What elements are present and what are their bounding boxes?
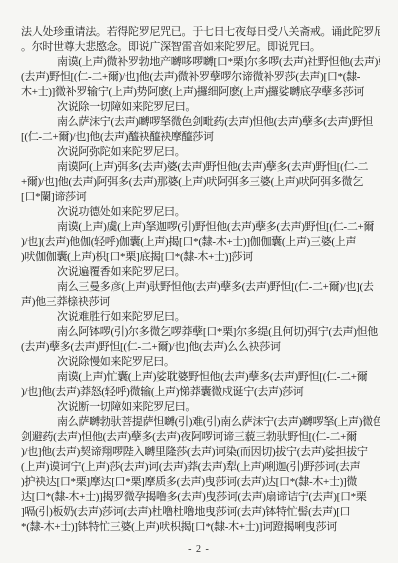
text-line: 南谟(上声)虞(上声)拏迦啰(引)野怛他(去声)孽多(去声)野怛[(仁-二+爾 bbox=[21, 220, 380, 235]
text-line: (上声)谟诃宁(上声)莎(去声)诃(去声)莽(去声)犁(上声)唎迦(引)野莎诃(… bbox=[21, 460, 380, 475]
text-line: )/也]他(去声)莽怒(轻呼)微输(上声)悌莽囊微戍诞宁(去声)莎诃 bbox=[21, 385, 380, 400]
text-line: 次说功德处如来陀罗尼曰。 bbox=[21, 205, 380, 220]
text-line: )吠伽伽囊(上声)枳[口*栗]底揭[口*(隸-木+士)]莎诃 bbox=[21, 250, 380, 265]
text-line: 次说除一切障如来陀罗尼曰。 bbox=[21, 100, 380, 115]
text-line: 次说难胜行如来陀罗尼曰。 bbox=[21, 310, 380, 325]
text-line: 次说除慢如来陀罗尼曰。 bbox=[21, 355, 380, 370]
text-line: (去声)野怛[(仁-二+爾)/也]他(去声)微补罗孽啰尔谛微补罗莎(去声)[口*… bbox=[21, 70, 380, 85]
text-line: 达[口*(隸-木+士)]揭罗微孕揭噜多(去声)曳莎诃(去声)扇谛诘宁(去声)[口… bbox=[21, 490, 380, 505]
text-line: 南谟(上声)忙囊(上声)娑耽婆野怛他(去声)孽多(去声)野怛[(仁-二+爾 bbox=[21, 370, 380, 385]
text-line: [(仁-二+爾)/也]他(去声)醯袂醯袂摩醯莎诃 bbox=[21, 130, 380, 145]
text-line: 次说阿弥陀如来陀罗尼曰。 bbox=[21, 145, 380, 160]
document-page: 法人处珍重请法。若得陀罗尼咒已。于七日七夜每日受八关斋戒。诵此陀罗尼。尔时世尊大… bbox=[0, 0, 398, 563]
text-line: 次说遍覆香如来陀罗尼曰。 bbox=[21, 265, 380, 280]
text-line: 南谟(上声)微补罗勃地产嚩哆啰嚩[口*栗]尔多啰(去声)社野怛他(去声)孽多 bbox=[21, 55, 380, 70]
text-line: 南么三曼多彦(上声)驮野怛他(去声)孽多(去声)野怛[(仁-二+爾)/也](去 bbox=[21, 280, 380, 295]
text-line: [口*闌]谛莎诃 bbox=[21, 190, 380, 205]
text-line: )/也](去声)他伽(轻呼)伽囊(上声)揭[口*(隸-木+士)]伽伽囊(上声)三… bbox=[21, 235, 380, 250]
text-line: )/也]他(去声)契谛翔啰陛入嚩里隆莎(去声)诃染(而因切)拔宁(去声)娑担拔宁 bbox=[21, 445, 380, 460]
text-line: )护袂达[口*栗]摩达[口*栗]摩质多(去声)曳莎诃(去声)达[口*(隸-木+士… bbox=[21, 475, 380, 490]
text-line: 木+士)]微补罗输宁(上声)势阿麽(上声)攞细阿麽(上声)攞娑嚩底孕孽多莎诃 bbox=[21, 85, 380, 100]
text-line: 南么萨沫宁(去声)嚩啰拏微色剑毗药(去声)怛他(去声)孽多(去声)野怛 bbox=[21, 115, 380, 130]
text-line: ]嗝(引)板奶(去声)莎诃(去声)杜噜杜噜地曳莎诃(去声)钵特忙髻(去声)[口 bbox=[21, 505, 380, 520]
text-line: 声)他三莽榇袂莎诃 bbox=[21, 295, 380, 310]
text-line: 南么阿钵啰(引)尔多微乞啰莽孽[口*栗]尔多缇(且何切)弭宁(去声)怛他 bbox=[21, 325, 380, 340]
text-line: 。尔时世尊大悲愍念。即说广深智雷音如来陀罗尼。即说咒曰。 bbox=[21, 40, 380, 55]
page-number: - 2 - bbox=[0, 544, 398, 555]
text-line: 次说断一切障如来陀罗尼曰。 bbox=[21, 400, 380, 415]
text-line: 法人处珍重请法。若得陀罗尼咒已。于七日七夜每日受八关斋戒。诵此陀罗尼 bbox=[21, 25, 380, 40]
text-line: 南谟阿(上声)弭多(去声)婆(去声)野怛他(去声)孽多(去声)野怛[(仁-二 bbox=[21, 160, 380, 175]
sutra-text-body: 法人处珍重请法。若得陀罗尼咒已。于七日七夜每日受八关斋戒。诵此陀罗尼。尔时世尊大… bbox=[21, 25, 380, 535]
text-line: +爾)/也]他(去声)阿弭多(去声)那婆(上声)吠阿弭多三婆(上声)吠阿弭多微乞 bbox=[21, 175, 380, 190]
text-line: (去声)孽多(去声)野怛[(仁-二+爾)/也]他(去声)么么袂莎诃 bbox=[21, 340, 380, 355]
text-line: *(隸-木+士)]钵特忙三婆(上声)吠枳揭[口*(隸-木+士)]诃蹬揭唎曳莎诃 bbox=[21, 520, 380, 535]
text-line: 南么萨嚩勃驮菩提萨怛嚩(引)难(引)南么萨沫宁(去声)嚩啰拏(上声)微色 bbox=[21, 415, 380, 430]
text-line: 剑避药(去声)怛他(去声)孽多(去声)夜阿啰诃谛三藐三勃驮野怛[(仁-二+爾 bbox=[21, 430, 380, 445]
